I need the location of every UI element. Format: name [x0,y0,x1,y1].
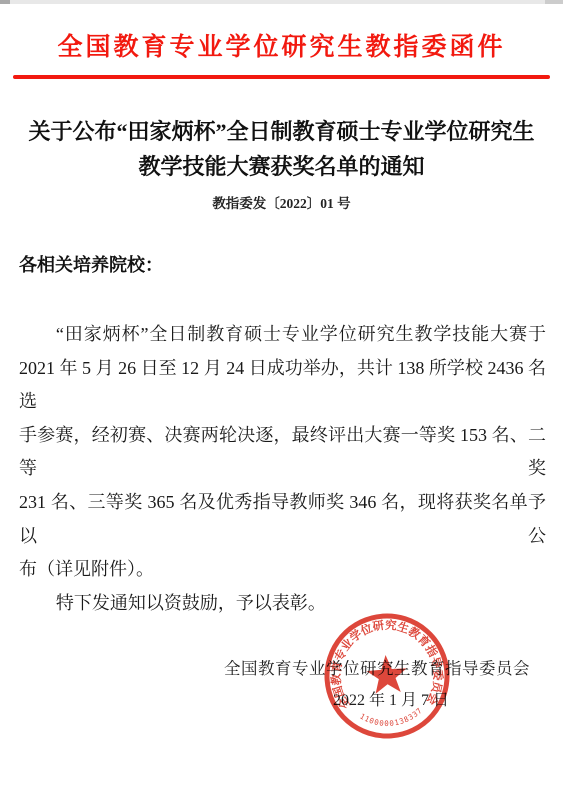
scan-edge-artifact [0,0,563,4]
body-line: 特下发通知以资鼓励，予以表彰。 [19,587,546,621]
document-title: 关于公布“田家炳杯”全日制教育硕士专业学位研究生 教学技能大赛获奖名单的通知 [0,114,563,184]
body-paragraphs: “田家炳杯”全日制教育硕士专业学位研究生教学技能大赛于 2021 年 5 月 2… [19,318,546,620]
scan-corner-right [545,0,563,4]
letterhead-banner: 全国教育专业学位研究生教指委函件 [0,27,563,63]
signature-date: 2022 年 1 月 7 日 [311,687,471,710]
document-title-line1: 关于公布“田家炳杯”全日制教育硕士专业学位研究生 [0,114,563,149]
body-line: 手参赛，经初赛、决赛两轮决逐，最终评出大赛一等奖 153 名、二等奖 [19,419,546,486]
letterhead-divider [13,75,550,79]
body-line: 231 名、三等奖 365 名及优秀指导教师奖 346 名，现将获奖名单予以公 [19,486,546,553]
salutation: 各相关培养院校： [19,251,163,277]
body-line: 2021 年 5 月 26 日至 12 月 24 日成功举办，共计 138 所学… [19,352,546,419]
document-title-line2: 教学技能大赛获奖名单的通知 [0,149,563,184]
document-number: 教指委发〔2022〕01 号 [0,192,563,212]
body-line: 布（详见附件）。 [19,553,546,587]
signature-organization: 全国教育专业学位研究生教育指导委员会 [224,655,530,679]
scan-corner-left [0,0,10,4]
body-line: “田家炳杯”全日制教育硕士专业学位研究生教学技能大赛于 [19,318,546,352]
